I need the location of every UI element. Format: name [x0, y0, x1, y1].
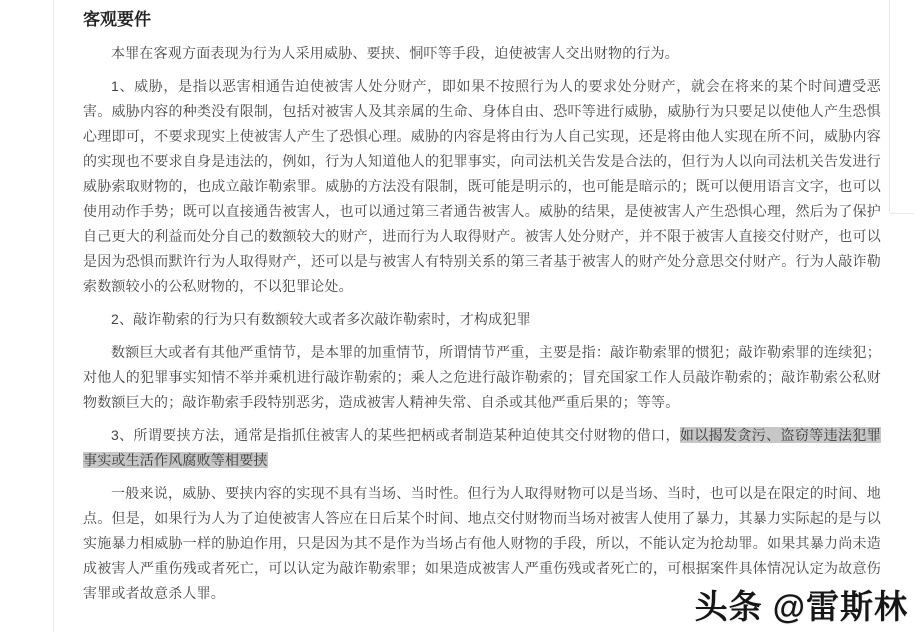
paragraph-point2-amount: 2、敲诈勒索的行为只有数额较大或者多次敲诈勒索时，才构成犯罪 — [83, 307, 881, 332]
right-panel-corner — [889, 0, 914, 214]
toutiao-watermark: 头条 @雷斯林 — [695, 581, 908, 628]
paragraph-point3-coercion: 3、所谓要挟方法，通常是指抓住被害人的某些把柄或者制造某种迫使其交付财物的借口，… — [83, 423, 881, 473]
paragraph-intro: 本罪在客观方面表现为行为人采用威胁、要挟、恫吓等手段，迫使被害人交出财物的行为。 — [83, 41, 881, 66]
paragraph-point1-threat: 1、威胁，是指以恶害相通告迫使被害人处分财产，即如果不按照行为人的要求处分财产，… — [83, 74, 881, 299]
content-left-border — [53, 0, 54, 632]
article-content: 客观要件 本罪在客观方面表现为行为人采用威胁、要挟、恫吓等手段，迫使被害人交出财… — [83, 0, 881, 606]
paragraph-point2-detail: 数额巨大或者有其他严重情节，是本罪的加重情节，所谓情节严重，主要是指：敲诈勒索罪… — [83, 340, 881, 415]
section-heading: 客观要件 — [83, 8, 881, 32]
point3-lead-text: 3、所谓要挟方法，通常是指抓住被害人的某些把柄或者制造某种迫使其交付财物的借口， — [111, 427, 680, 443]
